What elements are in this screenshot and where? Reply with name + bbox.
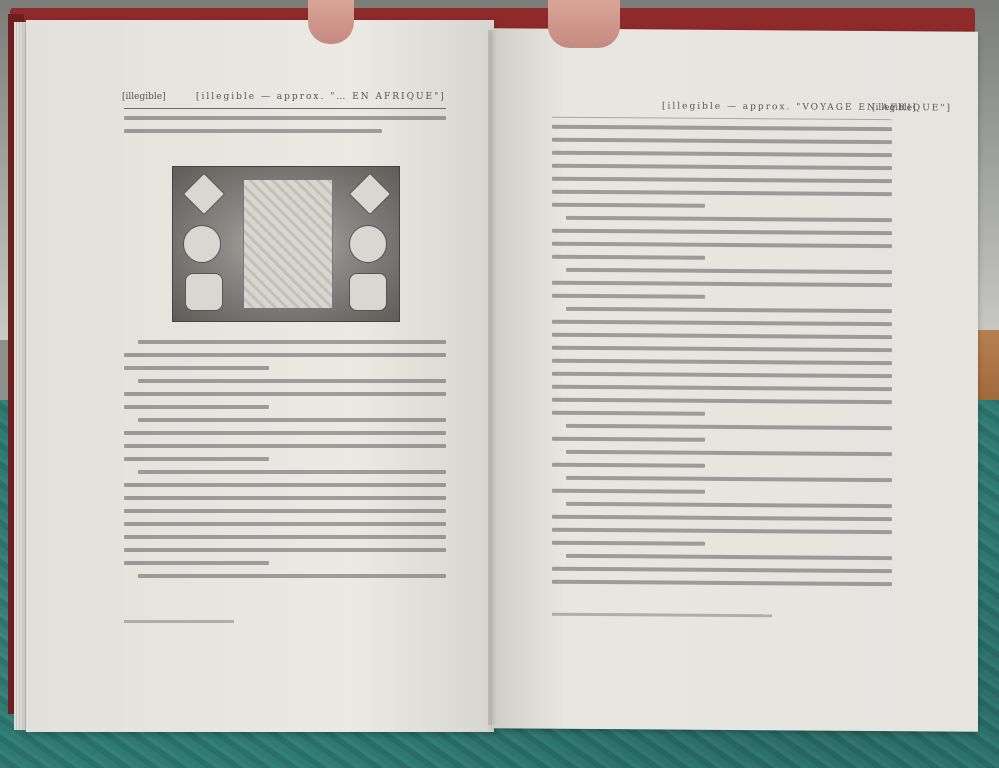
text-line bbox=[124, 431, 446, 435]
header-rule bbox=[552, 117, 892, 120]
text-line bbox=[552, 515, 892, 521]
text-line bbox=[552, 203, 705, 208]
portrait-medallion bbox=[349, 273, 387, 311]
text-line bbox=[566, 216, 892, 222]
right-body-text bbox=[552, 125, 892, 595]
right-page-number: [illegible] bbox=[872, 103, 916, 113]
right-footnote bbox=[552, 613, 772, 618]
text-line bbox=[552, 346, 892, 352]
text-line bbox=[124, 522, 446, 526]
text-line bbox=[552, 320, 892, 326]
text-line bbox=[552, 567, 892, 573]
finger-right bbox=[548, 0, 620, 48]
text-line bbox=[552, 541, 705, 546]
finger-left bbox=[308, 0, 354, 44]
text-line bbox=[138, 379, 446, 383]
portrait-medallion bbox=[185, 273, 223, 311]
text-line bbox=[552, 229, 892, 235]
text-line bbox=[124, 457, 269, 461]
text-line bbox=[566, 424, 892, 430]
map-of-africa bbox=[243, 179, 333, 309]
text-line bbox=[552, 580, 892, 586]
text-line bbox=[552, 411, 705, 416]
text-line bbox=[552, 333, 892, 339]
text-line bbox=[138, 574, 446, 578]
left-top-paragraph bbox=[124, 116, 446, 142]
text-line bbox=[124, 444, 446, 448]
left-footnote bbox=[124, 620, 234, 623]
text-line bbox=[566, 268, 892, 274]
text-line bbox=[124, 366, 269, 370]
text-line bbox=[124, 405, 269, 409]
text-line bbox=[552, 385, 892, 391]
text-line bbox=[566, 502, 892, 508]
text-line bbox=[552, 294, 705, 299]
header-rule bbox=[124, 108, 446, 109]
text-line bbox=[552, 125, 892, 131]
text-line bbox=[552, 398, 892, 404]
text-line bbox=[124, 496, 446, 500]
left-running-head: [illegible — approx. "… EN AFRIQUE"] bbox=[196, 92, 446, 102]
right-page: [illegible — approx. "VOYAGE EN AFRIQUE"… bbox=[492, 28, 978, 731]
text-line bbox=[552, 177, 892, 183]
text-line bbox=[138, 470, 446, 474]
text-line bbox=[552, 528, 892, 534]
text-line bbox=[566, 450, 892, 456]
text-line bbox=[552, 281, 892, 287]
left-page-number: [illegible] bbox=[122, 92, 166, 102]
text-line bbox=[552, 164, 892, 170]
text-line bbox=[124, 116, 446, 120]
text-line bbox=[138, 340, 446, 344]
portrait-medallion bbox=[183, 225, 221, 263]
text-line bbox=[552, 359, 892, 365]
text-line bbox=[552, 255, 705, 260]
text-line bbox=[552, 437, 705, 442]
portrait-medallion bbox=[183, 173, 225, 215]
text-line bbox=[566, 554, 892, 560]
text-line bbox=[124, 509, 446, 513]
text-line bbox=[124, 561, 269, 565]
text-line bbox=[552, 190, 892, 196]
portrait-medallion bbox=[349, 173, 391, 215]
text-line bbox=[124, 548, 446, 552]
left-page: [illegible] [illegible — approx. "… EN A… bbox=[26, 20, 494, 732]
text-line bbox=[552, 463, 705, 468]
text-line bbox=[566, 307, 892, 313]
text-line bbox=[124, 129, 382, 133]
text-line bbox=[552, 138, 892, 144]
text-line bbox=[552, 151, 892, 157]
text-line bbox=[566, 476, 892, 482]
text-line bbox=[552, 372, 892, 378]
left-body-text bbox=[124, 340, 446, 587]
text-line bbox=[552, 489, 705, 494]
text-line bbox=[138, 418, 446, 422]
portrait-medallion bbox=[349, 225, 387, 263]
book-gutter bbox=[488, 30, 498, 725]
text-line bbox=[124, 353, 446, 357]
text-line bbox=[124, 535, 446, 539]
text-line bbox=[552, 242, 892, 248]
illustration-africa-map bbox=[172, 166, 400, 322]
text-line bbox=[124, 483, 446, 487]
text-line bbox=[124, 392, 446, 396]
